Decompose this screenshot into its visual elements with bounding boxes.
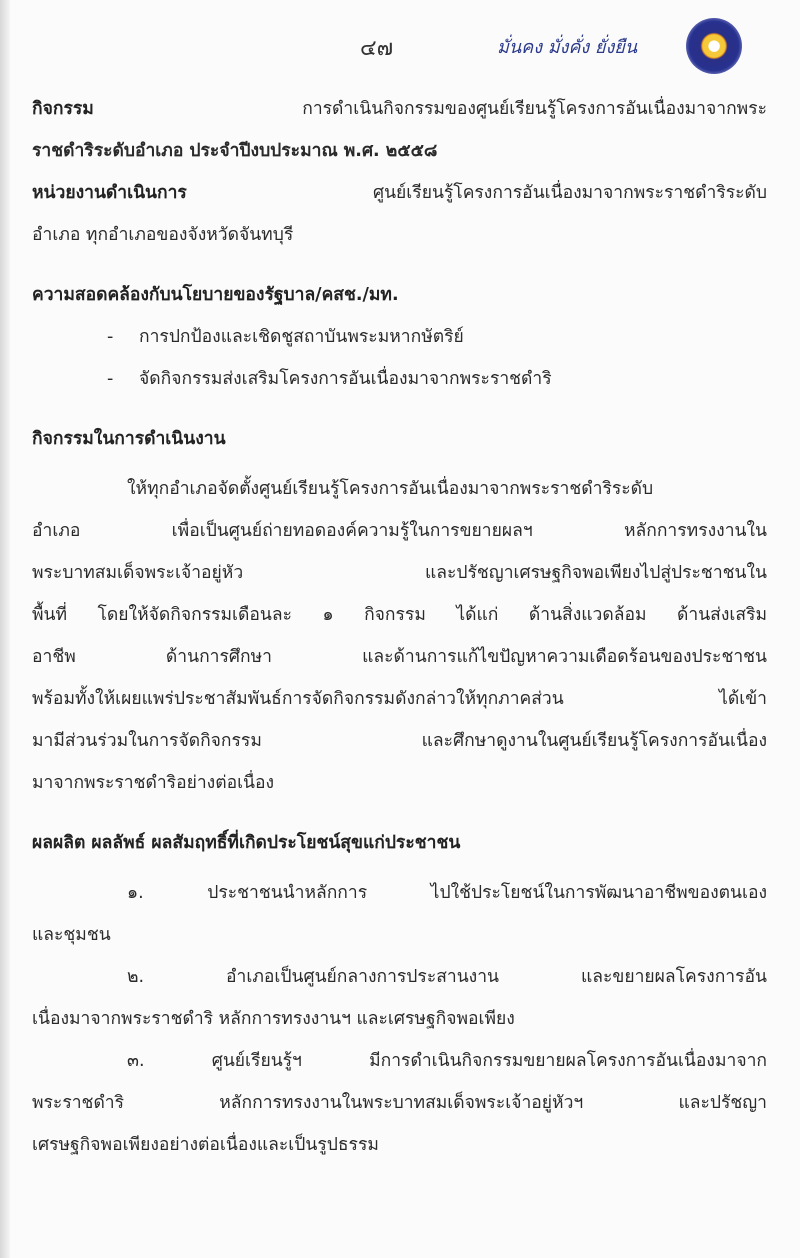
dash-bullet: - <box>107 316 139 358</box>
outcome-item-3-line1: ๓. ศูนย์เรียนรู้ฯ มีการดำเนินกิจกรรมขยาย… <box>32 1040 767 1082</box>
page-number: ๔๗ <box>360 30 393 65</box>
operations-line: อาชีพ ด้านการศึกษา และด้านการแก้ไขปัญหาค… <box>32 636 767 678</box>
outcome-item-2-line1: ๒. อำเภอเป็นศูนย์กลางการประสานงาน และขยา… <box>32 956 767 998</box>
operations-line: พื้นที่ โดยให้จัดกิจกรรมเดือนละ ๑ กิจกรร… <box>32 594 767 636</box>
policy-item-text: การปกป้องและเชิดชูสถาบันพระมหากษัตริย์ <box>139 327 464 347</box>
document-body: กิจกรรม การดำเนินกิจกรรมของศูนย์เรียนรู้… <box>32 88 767 1166</box>
outcome-item-1-line2: และชุมชน <box>32 914 767 956</box>
outcome-item-3-line2: พระราชดำริ หลักการทรงงานในพระบาทสมเด็จพร… <box>32 1082 767 1124</box>
rabbit-icon: ● <box>704 35 724 55</box>
agency-line2: อำเภอ ทุกอำเภอของจังหวัดจันทบุรี <box>32 214 767 256</box>
outcome-item-2-line2: เนื่องมาจากพระราชดำริ หลักการทรงงานฯ และ… <box>32 998 767 1040</box>
activity-title-line1: กิจกรรม การดำเนินกิจกรรมของศูนย์เรียนรู้… <box>32 88 767 130</box>
agency-line1: หน่วยงานดำเนินการ ศูนย์เรียนรู้โครงการอั… <box>32 172 767 214</box>
policy-heading: ความสอดคล้องกับนโยบายของรัฐบาล/คสช./มท. <box>32 274 767 316</box>
dash-bullet: - <box>107 358 139 400</box>
operations-heading: กิจกรรมในการดำเนินงาน <box>32 418 767 460</box>
outcomes-heading: ผลผลิต ผลลัพธ์ ผลสัมฤทธิ์ที่เกิดประโยชน์… <box>32 822 767 864</box>
operations-line: อำเภอ เพื่อเป็นศูนย์ถ่ายทอดองค์ความรู้ใน… <box>32 510 767 552</box>
agency-value: ศูนย์เรียนรู้โครงการอันเนื่องมาจากพระราช… <box>373 183 767 203</box>
motto-text: มั่นคง มั่งคั่ง ยั่งยืน <box>497 32 637 61</box>
operations-line: มามีส่วนร่วมในการจัดกิจกรรม และศึกษาดูงา… <box>32 720 767 762</box>
operations-line: ให้ทุกอำเภอจัดตั้งศูนย์เรียนรู้โครงการอั… <box>32 468 767 510</box>
operations-line: พระบาทสมเด็จพระเจ้าอยู่หัว และปรัชญาเศรษ… <box>32 552 767 594</box>
operations-line: พร้อมทั้งให้เผยแพร่ประชาสัมพันธ์การจัดกิ… <box>32 678 767 720</box>
activity-title: การดำเนินกิจกรรมของศูนย์เรียนรู้โครงการอ… <box>302 99 767 119</box>
agency-label: หน่วยงานดำเนินการ <box>32 183 187 203</box>
outcome-item-3-line3: เศรษฐกิจพอเพียงอย่างต่อเนื่องและเป็นรูปธ… <box>32 1124 767 1166</box>
outcome-item-1-line1: ๑. ประชาชนนำหลักการ ไปใช้ประโยชน์ในการพั… <box>32 872 767 914</box>
activity-title-line2: ราชดำริระดับอำเภอ ประจำปีงบประมาณ พ.ศ. ๒… <box>32 130 767 172</box>
rabbit-emblem-icon: ● <box>686 18 742 74</box>
activity-label: กิจกรรม <box>32 99 94 119</box>
policy-item: -การปกป้องและเชิดชูสถาบันพระมหากษัตริย์ <box>32 316 767 358</box>
policy-item-text: จัดกิจกรรมส่งเสริมโครงการอันเนื่องมาจากพ… <box>139 369 552 389</box>
operations-line: มาจากพระราชดำริอย่างต่อเนื่อง <box>32 762 767 804</box>
policy-item: -จัดกิจกรรมส่งเสริมโครงการอันเนื่องมาจาก… <box>32 358 767 400</box>
page-header: ๔๗ มั่นคง มั่งคั่ง ยั่งยืน ● <box>0 8 800 78</box>
page-binding-shadow <box>0 0 10 1258</box>
